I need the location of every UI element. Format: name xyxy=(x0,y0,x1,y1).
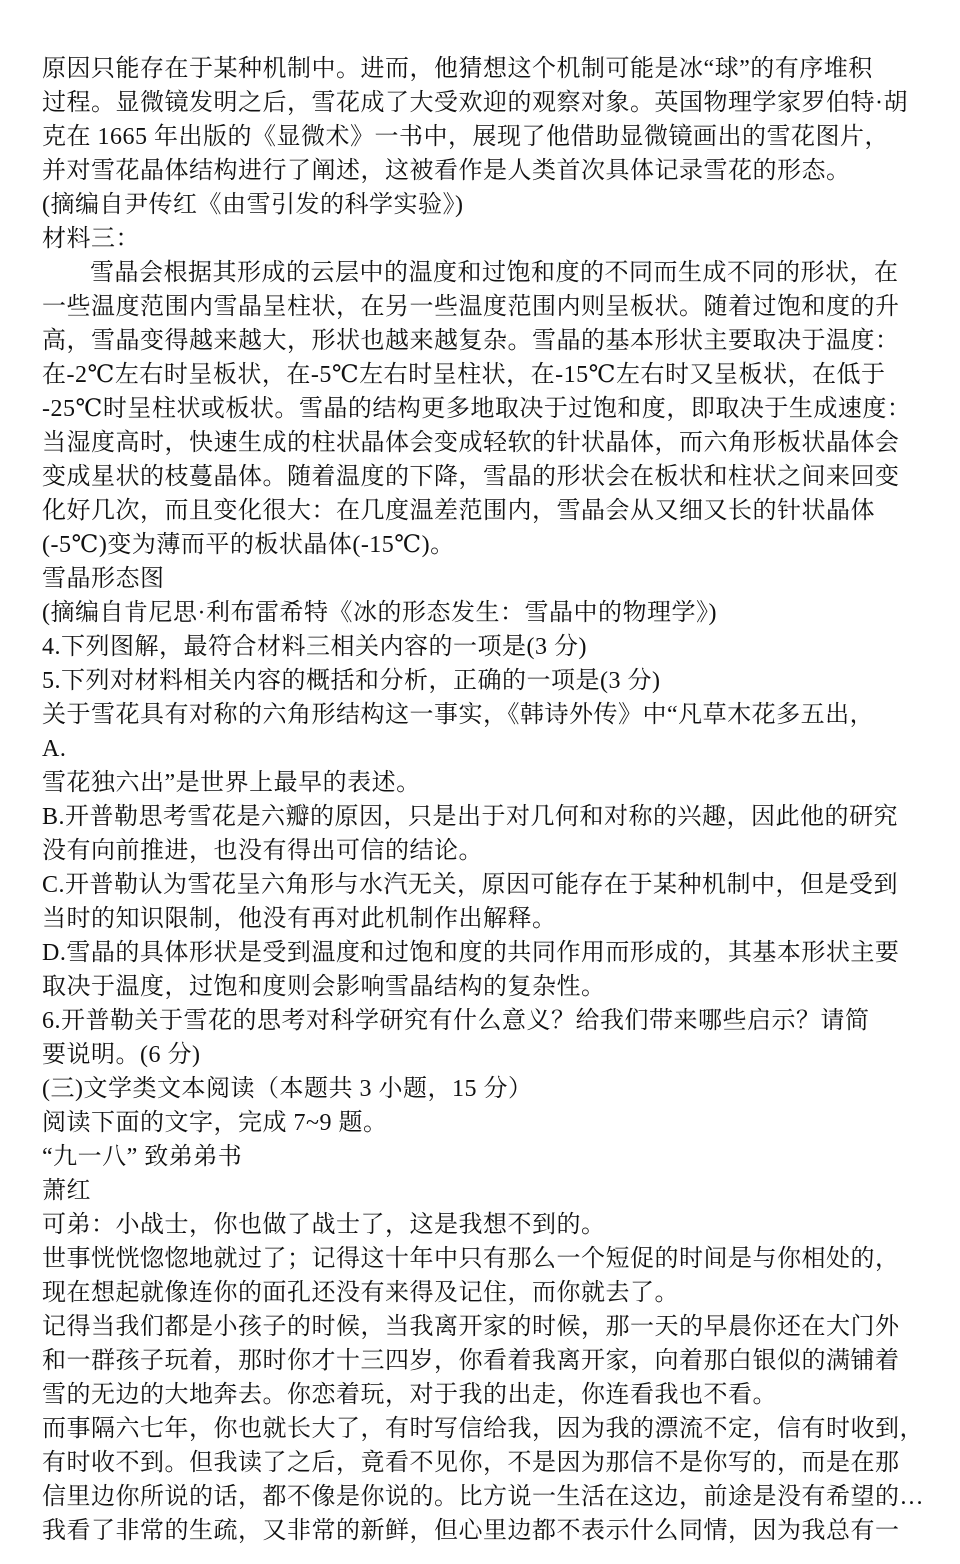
text-line: 变成星状的枝蔓晶体。随着温度的下降，雪晶的形状会在板状和柱状之间来回变 xyxy=(42,460,920,494)
document-lines: 原因只能存在于某种机制中。进而，他猜想这个机制可能是冰“球”的有序堆积过程。显微… xyxy=(42,52,920,1548)
text-line: 雪晶形态图 xyxy=(42,562,920,596)
text-line: 我看了非常的生疏，又非常的新鲜，但心里边都不表示什么同情，因为我总有一 xyxy=(42,1514,920,1548)
text-line: 取决于温度，过饱和度则会影响雪晶结构的复杂性。 xyxy=(42,970,920,1004)
text-line: 要说明。(6 分) xyxy=(42,1038,920,1072)
text-line: 世事恍恍惚惚地就过了；记得这十年中只有那么一个短促的时间是与你相处的， xyxy=(42,1242,920,1276)
text-line: 关于雪花具有对称的六角形结构这一事实，《韩诗外传》中“凡草木花多五出， xyxy=(42,698,920,732)
text-line: C.开普勒认为雪花呈六角形与水汽无关，原因可能存在于某种机制中，但是受到 xyxy=(42,868,920,902)
text-line: 而事隔六七年，你也就长大了，有时写信给我，因为我的漂流不定，信有时收到， xyxy=(42,1412,920,1446)
text-line: 克在 1665 年出版的《显微术》一书中，展现了他借助显微镜画出的雪花图片， xyxy=(42,120,920,154)
text-line: (摘编自肯尼思·利布雷希特《冰的形态发生：雪晶中的物理学》) xyxy=(42,596,920,630)
text-line: 化好几次，而且变化很大：在几度温差范围内，雪晶会从又细又长的针状晶体 xyxy=(42,494,920,528)
text-line: 当时的知识限制，他没有再对此机制作出解释。 xyxy=(42,902,920,936)
text-line: 现在想起就像连你的面孔还没有来得及记住，而你就去了。 xyxy=(42,1276,920,1310)
text-line: 信里边你所说的话，都不像是你说的。比方说一生活在这边，前途是没有希望的… xyxy=(42,1480,920,1514)
text-line: -25℃时呈柱状或板状。雪晶的结构更多地取决于过饱和度，即取决于生成速度： xyxy=(42,392,920,426)
text-line: 6.开普勒关于雪花的思考对科学研究有什么意义？给我们带来哪些启示？请简 xyxy=(42,1004,920,1038)
text-line: 过程。显微镜发明之后，雪花成了大受欢迎的观察对象。英国物理学家罗伯特·胡 xyxy=(42,86,920,120)
text-line: 雪的无边的大地奔去。你恋着玩，对于我的出走，你连看我也不看。 xyxy=(42,1378,920,1412)
text-line: D.雪晶的具体形状是受到温度和过饱和度的共同作用而形成的，其基本形状主要 xyxy=(42,936,920,970)
text-line: 雪晶会根据其形成的云层中的温度和过饱和度的不同而生成不同的形状，在 xyxy=(42,256,920,290)
text-line: 当湿度高时，快速生成的柱状晶体会变成轻软的针状晶体，而六角形板状晶体会 xyxy=(42,426,920,460)
text-line: 原因只能存在于某种机制中。进而，他猜想这个机制可能是冰“球”的有序堆积 xyxy=(42,52,920,86)
text-line: 材料三： xyxy=(42,222,920,256)
text-line: (-5℃)变为薄而平的板状晶体(-15℃)。 xyxy=(42,528,920,562)
text-line: 和一群孩子玩着，那时你才十三四岁，你看着我离开家，向着那白银似的满铺着 xyxy=(42,1344,920,1378)
text-line: 阅读下面的文字，完成 7~9 题。 xyxy=(42,1106,920,1140)
text-line: 可弟：小战士，你也做了战士了，这是我想不到的。 xyxy=(42,1208,920,1242)
text-line: B.开普勒思考雪花是六瓣的原因，只是出于对几何和对称的兴趣，因此他的研究 xyxy=(42,800,920,834)
text-line: A. xyxy=(42,732,920,766)
text-line: 高，雪晶变得越来越大，形状也越来越复杂。雪晶的基本形状主要取决于温度： xyxy=(42,324,920,358)
text-line: 并对雪花晶体结构进行了阐述，这被看作是人类首次具体记录雪花的形态。 xyxy=(42,154,920,188)
text-line: 有时收不到。但我读了之后，竟看不见你，不是因为那信不是你写的，而是在那 xyxy=(42,1446,920,1480)
text-line: 萧红 xyxy=(42,1174,920,1208)
text-line: 5.下列对材料相关内容的概括和分析，正确的一项是(3 分) xyxy=(42,664,920,698)
text-line: (摘编自尹传红《由雪引发的科学实验》) xyxy=(42,188,920,222)
text-line: 在-2℃左右时呈板状，在-5℃左右时呈柱状，在-15℃左右时又呈板状，在低于 xyxy=(42,358,920,392)
text-line: 雪花独六出”是世界上最早的表述。 xyxy=(42,766,920,800)
text-line: 记得当我们都是小孩子的时候，当我离开家的时候，那一天的早晨你还在大门外 xyxy=(42,1310,920,1344)
text-line: 没有向前推进，也没有得出可信的结论。 xyxy=(42,834,920,868)
text-line: “九一八” 致弟弟书 xyxy=(42,1140,920,1174)
text-line: 4.下列图解，最符合材料三相关内容的一项是(3 分) xyxy=(42,630,920,664)
text-line: (三)文学类文本阅读（本题共 3 小题，15 分） xyxy=(42,1072,920,1106)
document-page: 原因只能存在于某种机制中。进而，他猜想这个机制可能是冰“球”的有序堆积过程。显微… xyxy=(0,0,960,1564)
text-line: 一些温度范围内雪晶呈柱状，在另一些温度范围内则呈板状。随着过饱和度的升 xyxy=(42,290,920,324)
